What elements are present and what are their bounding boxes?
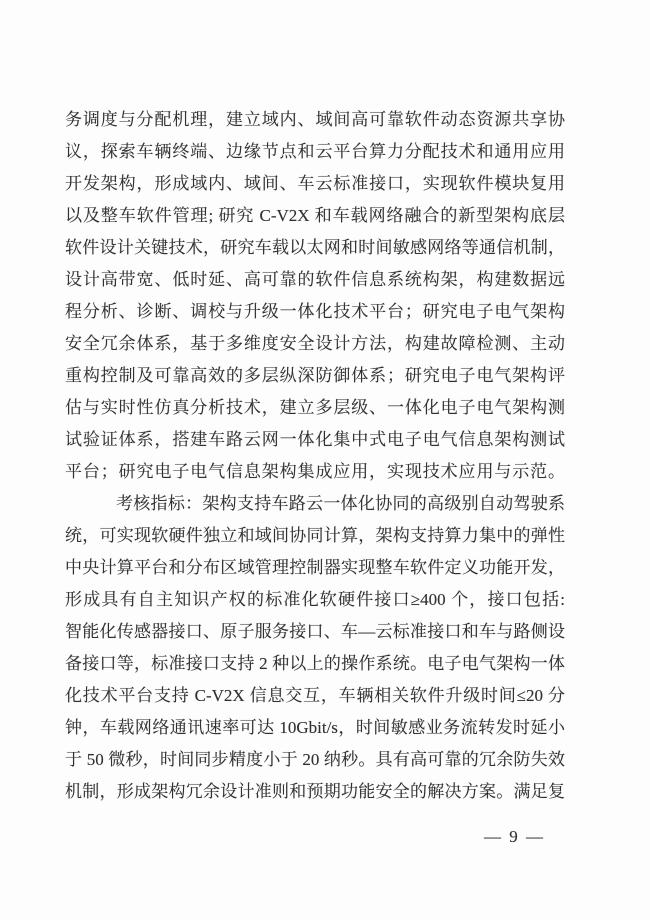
text-line: 于 50 微秒，时间同步精度小于 20 纳秒。具有高可靠的冗余防失效 [65, 744, 565, 776]
text-line: 软件设计关键技术，研究车载以太网和时间敏感网络等通信机制， [65, 232, 565, 264]
text-line: 重构控制及可靠高效的多层纵深防御体系；研究电子电气架构评 [65, 360, 565, 392]
text-line: 务调度与分配机理，建立域内、域间高可靠软件动态资源共享协 [65, 104, 565, 136]
text-line: 设计高带宽、低时延、高可靠的软件信息系统构架，构建数据远 [65, 264, 565, 296]
body-text: 务调度与分配机理，建立域内、域间高可靠软件动态资源共享协 议，探索车辆终端、边缘… [65, 104, 565, 808]
text-line: 钟，车载网络通讯速率可达 10Gbit/s，时间敏感业务流转发时延小 [65, 712, 565, 744]
text-line: 机制，形成架构冗余设计准则和预期功能安全的解决方案。满足复 [65, 776, 565, 808]
text-line: 化技术平台支持 C-V2X 信息交互，车辆相关软件升级时间≤20 分 [65, 680, 565, 712]
text-line: 形成具有自主知识产权的标准化软硬件接口≥400 个，接口包括: [65, 584, 565, 616]
text-line: 议，探索车辆终端、边缘节点和云平台算力分配技术和通用应用 [65, 136, 565, 168]
text-line: 以及整车软件管理; 研究 C-V2X 和车载网络融合的新型架构底层 [65, 200, 565, 232]
document-page: 务调度与分配机理，建立域内、域间高可靠软件动态资源共享协 议，探索车辆终端、边缘… [0, 0, 650, 920]
text-line: 开发架构，形成域内、域间、车云标准接口，实现软件模块复用 [65, 168, 565, 200]
text-line: 备接口等，标准接口支持 2 种以上的操作系统。电子电气架构一体 [65, 648, 565, 680]
text-line: 估与实时性仿真分析技术，建立多层级、一体化电子电气架构测 [65, 392, 565, 424]
text-line: 智能化传感器接口、原子服务接口、车—云标准接口和车与路侧设 [65, 616, 565, 648]
page-number: — 9 — [484, 822, 545, 852]
text-line: 统，可实现软硬件独立和域间协同计算，架构支持算力集中的弹性 [65, 520, 565, 552]
text-line: 中央计算平台和分布区域管理控制器实现整车软件定义功能开发， [65, 552, 565, 584]
text-line: 试验证体系，搭建车路云网一体化集中式电子电气信息架构测试 [65, 424, 565, 456]
text-line: 安全冗余体系，基于多维度安全设计方法，构建故障检测、主动 [65, 328, 565, 360]
text-line: 平台；研究电子电气信息架构集成应用，实现技术应用与示范。 [65, 456, 565, 488]
text-line: 程分析、诊断、调校与升级一体化技术平台；研究电子电气架构 [65, 296, 565, 328]
text-line-paragraph-start: 考核指标：架构支持车路云一体化协同的高级别自动驾驶系 [65, 488, 565, 520]
